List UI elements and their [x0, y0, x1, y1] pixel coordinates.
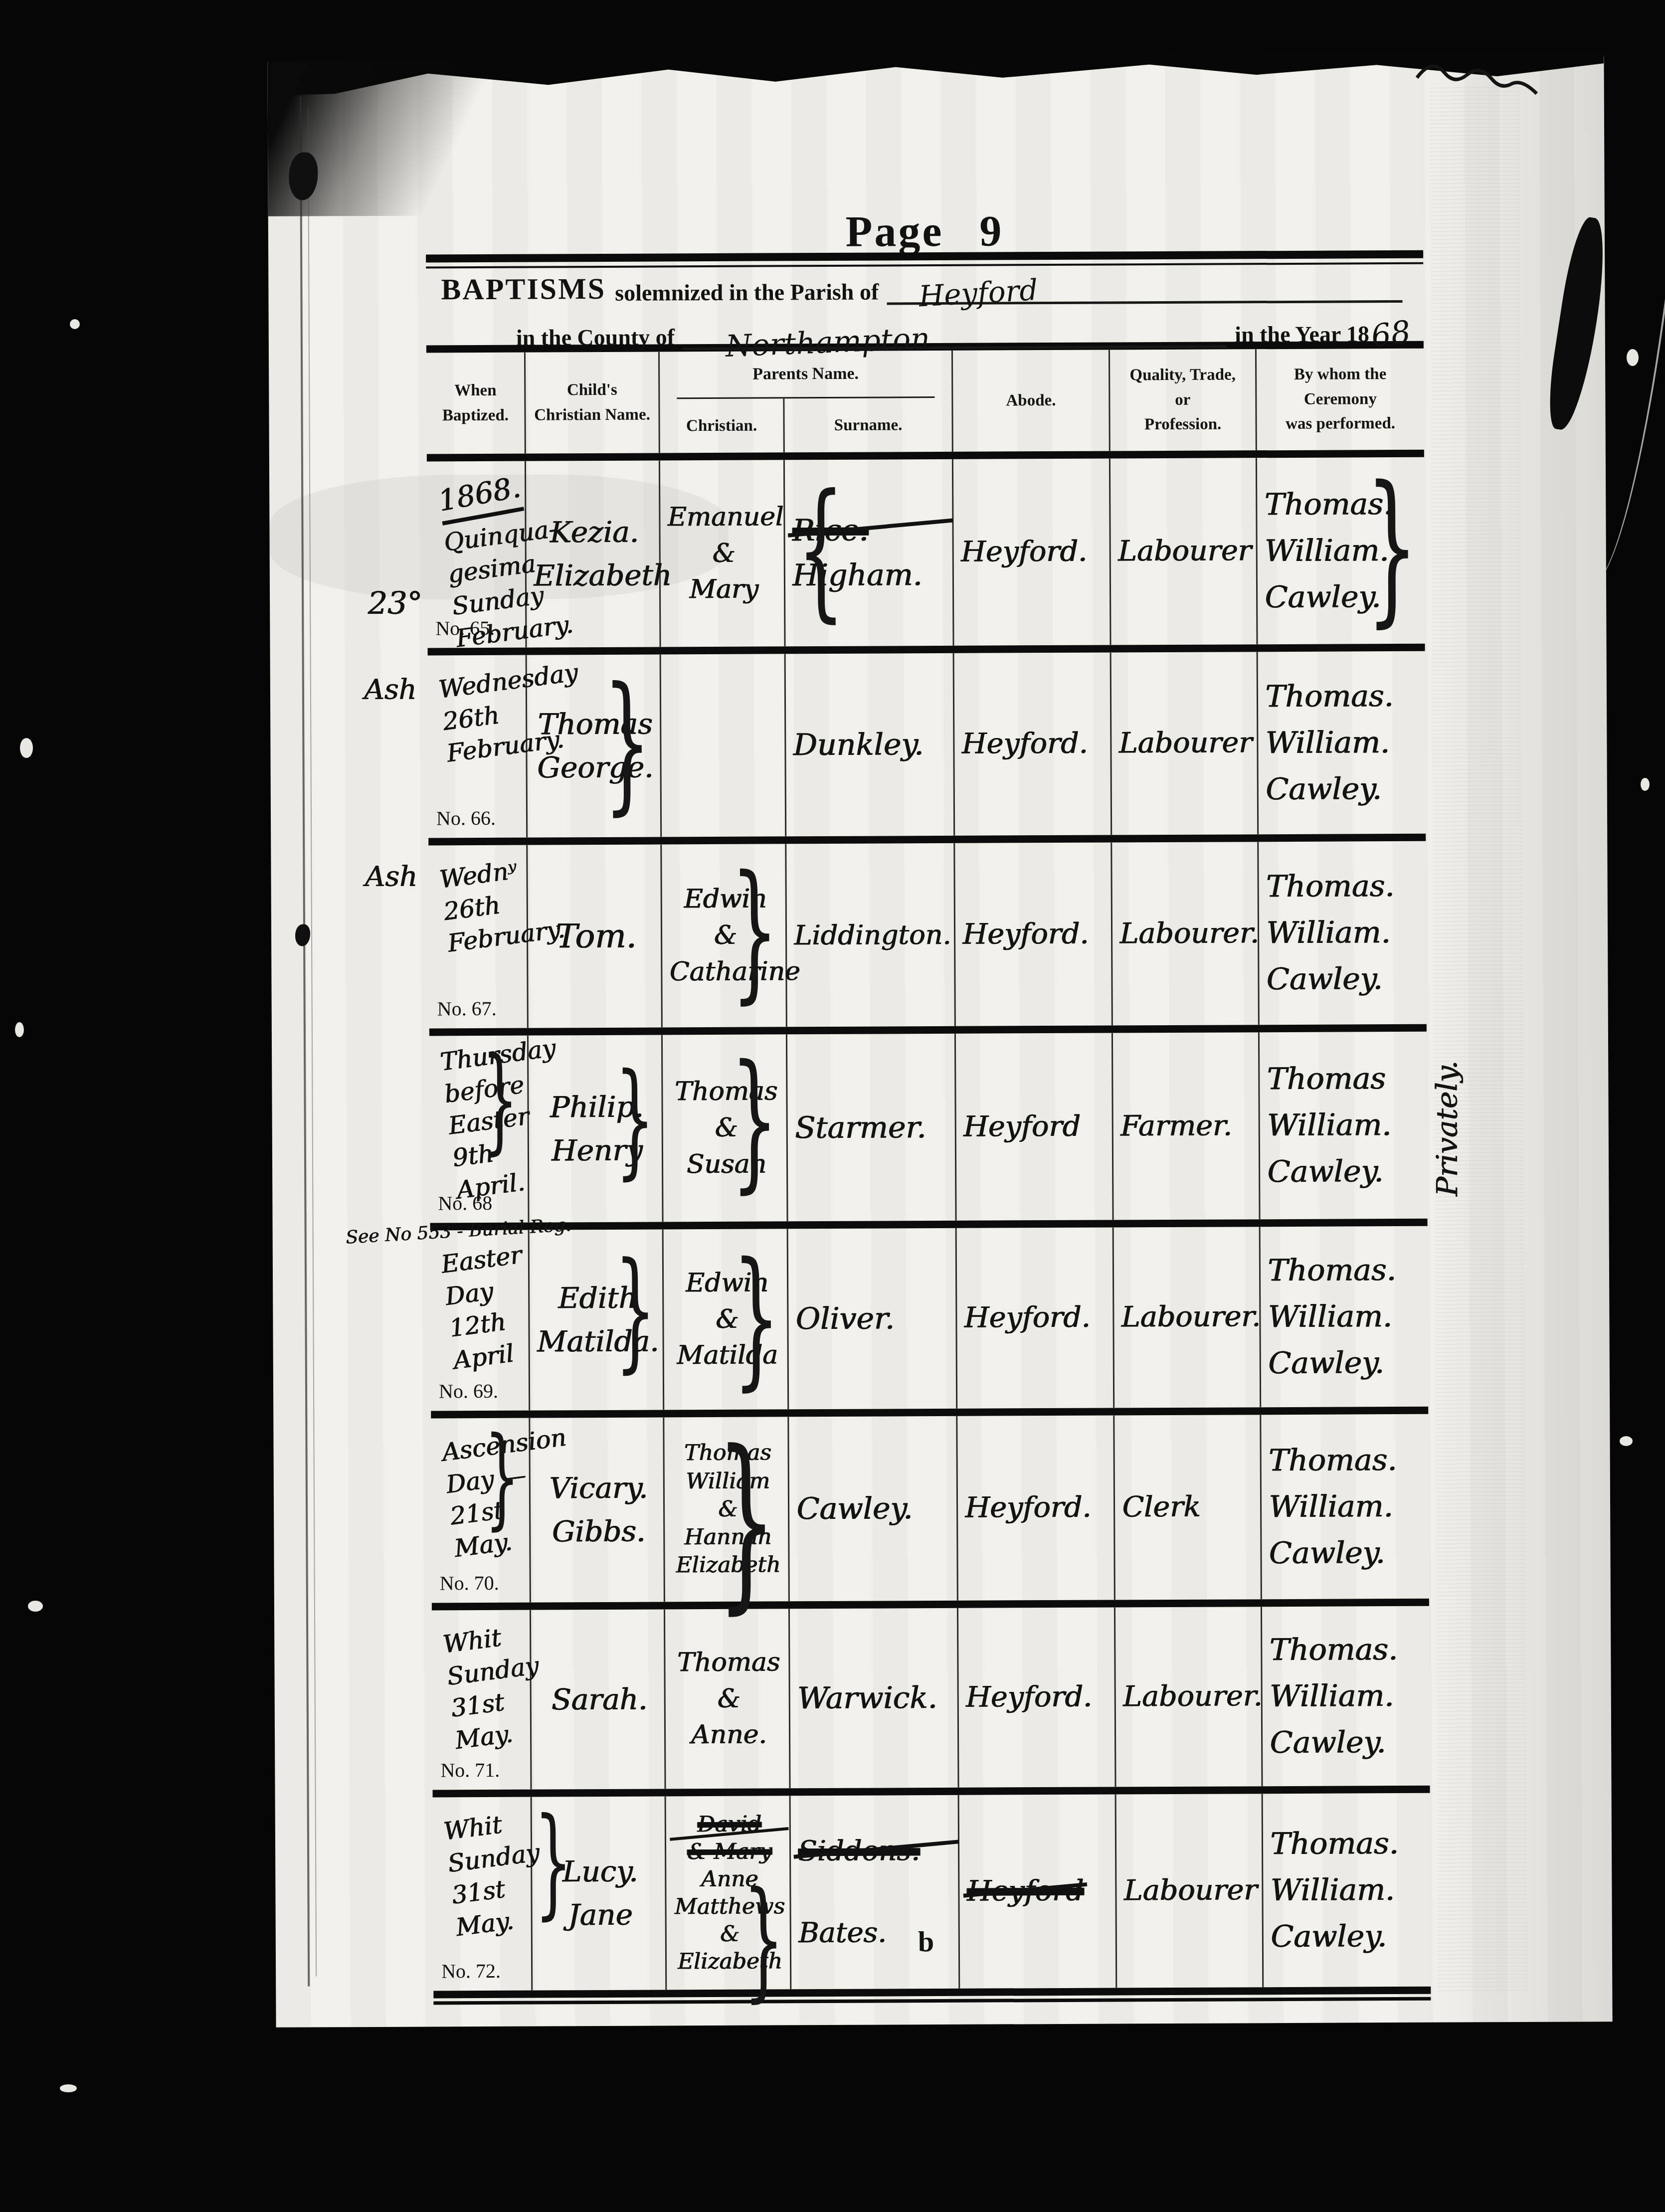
brace: } [615, 1057, 655, 1181]
quality-entry: Labourer [1118, 530, 1252, 573]
film-speck [28, 1601, 43, 1612]
child-cell: Sarah. [531, 1609, 666, 1789]
parents-christian-cell: Thomas & Anne. [665, 1609, 791, 1789]
colhead-parents-name: Parents Name. Christian. Surname. [660, 351, 953, 453]
struck-surname: Siddons. [798, 1830, 954, 1872]
quality-cell: Labourer [1116, 1794, 1264, 1988]
film-speck [15, 1022, 24, 1037]
row-number: No. 68 [438, 1191, 492, 1215]
abode-entry: Heyford. [962, 913, 1107, 956]
abode-entry: Heyford. [965, 1486, 1110, 1530]
microfilm-scan: Page 9 BAPTISMS solemnized in the Parish… [0, 0, 1665, 2212]
when-cell: Whit Sunday 31st May. No. 71. [432, 1610, 532, 1790]
row-number: No. 72. [441, 1959, 501, 1983]
when-cell: Easter Day 12th April No. 69. [430, 1230, 531, 1411]
abode-entry: Heyford. [964, 1296, 1109, 1340]
when-cell: Ascension Day — 21st May. } No. 70. [431, 1418, 531, 1603]
child-entry: Tom. [535, 911, 657, 961]
surname-cell: Liddington. [786, 843, 956, 1027]
abode-entry: Heyford [966, 1870, 1111, 1913]
quality-entry: Labourer. [1123, 1675, 1257, 1718]
register-page: Page 9 BAPTISMS solemnized in the Parish… [267, 56, 1612, 2028]
child-entry: Kezia. Elizabeth [533, 510, 655, 597]
when-entry: Easter Day 12th April [439, 1239, 540, 1377]
county-underline: Northampton [683, 319, 1227, 350]
parents-christian-entry: Thomas & Anne. [672, 1644, 785, 1753]
page-tear [1543, 215, 1612, 432]
surname-entry: Liddington. [794, 915, 950, 955]
year-entry: 1868. [435, 468, 525, 525]
double-rule [426, 262, 1423, 269]
quality-entry: Farmer. [1120, 1105, 1255, 1148]
minister-entry: Thomas. William. Cawley. [1270, 1820, 1427, 1960]
abode-cell: Heyford. [957, 1227, 1115, 1408]
quality-cell: Labourer. [1115, 1607, 1263, 1787]
minister-entry: Thomas. William. Cawley. [1266, 863, 1422, 1003]
parish-name: Heyford [918, 273, 1038, 313]
parents-subheaders: Christian. Surname. [660, 398, 951, 453]
header-line1-text: solemnized in the Parish of [615, 279, 879, 306]
quality-cell: Labourer [1110, 458, 1258, 645]
parents-christian-entry: Emanuel & Mary [667, 499, 780, 608]
child-entry: Sarah. [539, 1677, 660, 1721]
struck-abode: Heyford [966, 1874, 1084, 1908]
parish-underline: Heyford [887, 274, 1403, 305]
brace: } [534, 1802, 572, 1921]
film-speck [60, 2084, 77, 2092]
abode-entry: Heyford. [961, 531, 1106, 574]
quality-cell: Labourer. [1114, 1227, 1262, 1408]
child-cell: Thomas George. } [527, 654, 662, 837]
surname-cell: Siddons.Bates. [791, 1795, 960, 1989]
surname-entry: Warwick. [797, 1675, 953, 1721]
brace: } [742, 1874, 784, 2004]
parents-christian-cell: Thomas & Susan } [663, 1034, 788, 1222]
abode-cell: Heyford. [954, 652, 1112, 835]
child-entry: Vicary. Gibbs. [538, 1466, 660, 1553]
child-cell: Philip. Henry } [529, 1035, 664, 1222]
baptism-register-table: BAPTISMS solemnized in the Parish of Hey… [426, 250, 1431, 2005]
when-cell: 23° 1868.Quinqua- gesima Sunday February… [427, 461, 527, 648]
abode-cell: Heyford. [957, 1415, 1115, 1600]
abode-entry: Heyford. [966, 1676, 1110, 1719]
table-row: Easter Day 12th April No. 69. Edith Mati… [430, 1226, 1429, 1419]
quality-entry: Labourer. [1119, 912, 1254, 955]
table-row: Ascension Day — 21st May. } No. 70. Vica… [431, 1414, 1429, 1611]
county-label: in the County of [516, 324, 675, 351]
brace: } [603, 668, 652, 817]
struck-parents: David & Mary [673, 1810, 785, 1865]
when-cell: Ash Wednʸ 26th February. No. 67. [428, 845, 529, 1029]
abode-cell: Heyford [959, 1794, 1117, 1988]
when-cell: Thursday before Easter 9th April. } No. … [429, 1036, 530, 1223]
brace: } [614, 1245, 656, 1375]
brace: } [716, 1426, 777, 1616]
table-row: Whit Sunday 31st May. No. 71. Sarah. Tho… [432, 1606, 1430, 1798]
minister-cell: Thomas William. Cawley. [1260, 1032, 1428, 1219]
minister-entry: Thomas. William. Cawley. [1269, 1626, 1426, 1766]
when-cell: Whit Sunday 31st May. No. 72. [433, 1797, 533, 1991]
quality-cell: Clerk [1114, 1415, 1262, 1600]
minister-cell: Thomas. William. Cawley. [1259, 841, 1427, 1025]
abode-cell: Heyford [956, 1033, 1114, 1220]
parents-christian-cell: Thomas William & Hannah Elizabeth } [664, 1417, 790, 1602]
row-number: No. 69. [439, 1379, 498, 1403]
parents-christian-cell: Emanuel & Mary [660, 460, 786, 647]
film-speck [1641, 778, 1650, 791]
abode-entry: Heyford. [961, 723, 1106, 766]
column-header-row: When Baptized. Child's Christian Name. P… [426, 349, 1424, 462]
parents-christian-cell: Edwin & Matilda } [664, 1229, 789, 1410]
table-bottom-rule [433, 1997, 1431, 2005]
when-entry: Whit Sunday 31st May. [442, 1806, 542, 1944]
table-row: Whit Sunday 31st May. No. 72. } Lucy. Ja… [433, 1793, 1431, 1999]
surname-cell: { Rice.Higham. [785, 459, 954, 646]
colhead-when-baptized: When Baptized. [426, 353, 526, 454]
brace: { [797, 475, 845, 624]
ink-blob [295, 924, 310, 946]
surname-text: Bates. [798, 1912, 954, 1954]
surname-cell: Oliver. [788, 1228, 958, 1409]
colhead-christian: Christian. [660, 398, 783, 453]
child-cell: Tom. [528, 844, 663, 1028]
binding-line [308, 107, 317, 1977]
header-line1: BAPTISMS solemnized in the Parish of Hey… [441, 268, 1410, 307]
brace: } [1365, 464, 1418, 629]
colhead-quality: Quality, Trade, or Profession. [1110, 349, 1257, 451]
when-cell: Ash Wednesday 26th February. No. 66. [428, 655, 528, 838]
hair-artifact [1414, 47, 1544, 103]
child-cell: Kezia. Elizabeth [526, 460, 661, 647]
colhead-by-whom: By whom the Ceremony was performed. [1257, 349, 1424, 450]
surname-cell: Dunkley. [786, 653, 955, 836]
film-speck [1620, 1436, 1633, 1446]
film-speck [70, 319, 80, 329]
margin-note: 23° [368, 585, 422, 621]
row-number: No. 71. [440, 1758, 500, 1782]
privately-note: Privately. [1430, 992, 1465, 1196]
brace: } [733, 1243, 781, 1392]
row-number: No. 66. [436, 806, 496, 830]
when-entry: Whit Sunday 31st May. [441, 1619, 541, 1757]
colhead-parents-label: Parents Name. [660, 351, 951, 398]
header-title: BAPTISMS [441, 272, 606, 307]
minister-entry: Thomas. William. Cawley. [1268, 1437, 1425, 1576]
minister-cell: Thomas. William. Cawley. [1263, 1793, 1431, 1987]
binding-line [300, 97, 310, 1987]
row-number: No. 65. [435, 616, 495, 640]
child-cell: Vicary. Gibbs. [530, 1417, 665, 1602]
parents-christian-entry [668, 745, 780, 745]
abode-cell: Heyford. [955, 842, 1113, 1026]
brace: } [484, 1422, 520, 1532]
surname-entry: Oliver. [795, 1296, 951, 1341]
brace: } [731, 856, 779, 1005]
surname-entry: Dunkley. [793, 722, 949, 767]
when-entry: Wednʸ 26th February. [437, 854, 534, 960]
parents-christian-cell: Edwin & Catharine } [662, 844, 787, 1027]
table-row: Ash Wednʸ 26th February. No. 67. Tom. Ed… [428, 841, 1427, 1036]
abode-cell: Heyford. [953, 458, 1111, 645]
surname-cell: Starmer. [787, 1034, 957, 1221]
surname-entry: Cawley. [796, 1486, 952, 1531]
year-label: in the Year 18 [1235, 321, 1369, 348]
brace: } [731, 1045, 779, 1195]
colhead-surname: Surname. [783, 398, 951, 452]
surname-entry: Siddons.Bates. [798, 1830, 954, 1954]
surname-cell: Warwick. [790, 1608, 959, 1788]
header-line2: in the County of Northampton in the Year… [441, 311, 1411, 351]
when-entry: Wednesday 26th February. [437, 664, 533, 770]
colhead-abode: Abode. [953, 350, 1110, 451]
child-cell: Edith Matilda. } [530, 1229, 665, 1410]
minister-cell: Thomas. William. Cawley. } [1257, 457, 1425, 644]
minister-cell: Thomas. William. Cawley. [1262, 1606, 1430, 1786]
colhead-childs-name: Child's Christian Name. [526, 352, 660, 453]
surname-cell: Cawley. [789, 1416, 958, 1601]
table-row: 23° 1868.Quinqua- gesima Sunday February… [427, 457, 1425, 656]
parents-christian-cell [661, 654, 787, 837]
table-row: Ash Wednesday 26th February. No. 66. Tho… [428, 651, 1426, 846]
quality-entry: Labourer [1123, 1869, 1258, 1912]
register-header: BAPTISMS solemnized in the Parish of Hey… [426, 250, 1424, 353]
page-shadow [267, 60, 587, 216]
quality-entry: Labourer. [1121, 1295, 1255, 1339]
quality-entry: Labourer [1118, 722, 1253, 765]
brace: } [481, 1043, 518, 1157]
parents-christian-cell: David & MaryAnneMatthews & Elizabeth } [666, 1796, 792, 1990]
surname-entry: Starmer. [795, 1105, 951, 1150]
margin-note: Ash [364, 674, 417, 706]
quality-cell: Labourer [1111, 652, 1259, 835]
quality-entry: Clerk [1122, 1485, 1256, 1529]
row-number: No. 70. [440, 1571, 499, 1595]
quality-cell: Labourer. [1112, 842, 1260, 1025]
abode-entry: Heyford [963, 1105, 1108, 1148]
minister-cell: Thomas. William. Cawley. [1261, 1414, 1429, 1599]
child-cell: } Lucy. Jane [532, 1796, 667, 1990]
minister-cell: Thomas. William. Cawley. [1258, 651, 1426, 834]
row-number: No. 67. [437, 997, 497, 1021]
abode-cell: Heyford. [958, 1607, 1116, 1787]
film-speck [20, 738, 33, 758]
minister-entry: Thomas. William. Cawley. [1268, 1247, 1424, 1386]
margin-note: Ash [365, 861, 417, 893]
quality-cell: Farmer. [1113, 1032, 1261, 1220]
minister-entry: Thomas. William. Cawley. [1265, 673, 1422, 812]
minister-cell: Thomas. William. Cawley. [1261, 1226, 1429, 1407]
minister-entry: Thomas William. Cawley. [1267, 1056, 1423, 1195]
table-row: Thursday before Easter 9th April. } No. … [429, 1032, 1428, 1231]
